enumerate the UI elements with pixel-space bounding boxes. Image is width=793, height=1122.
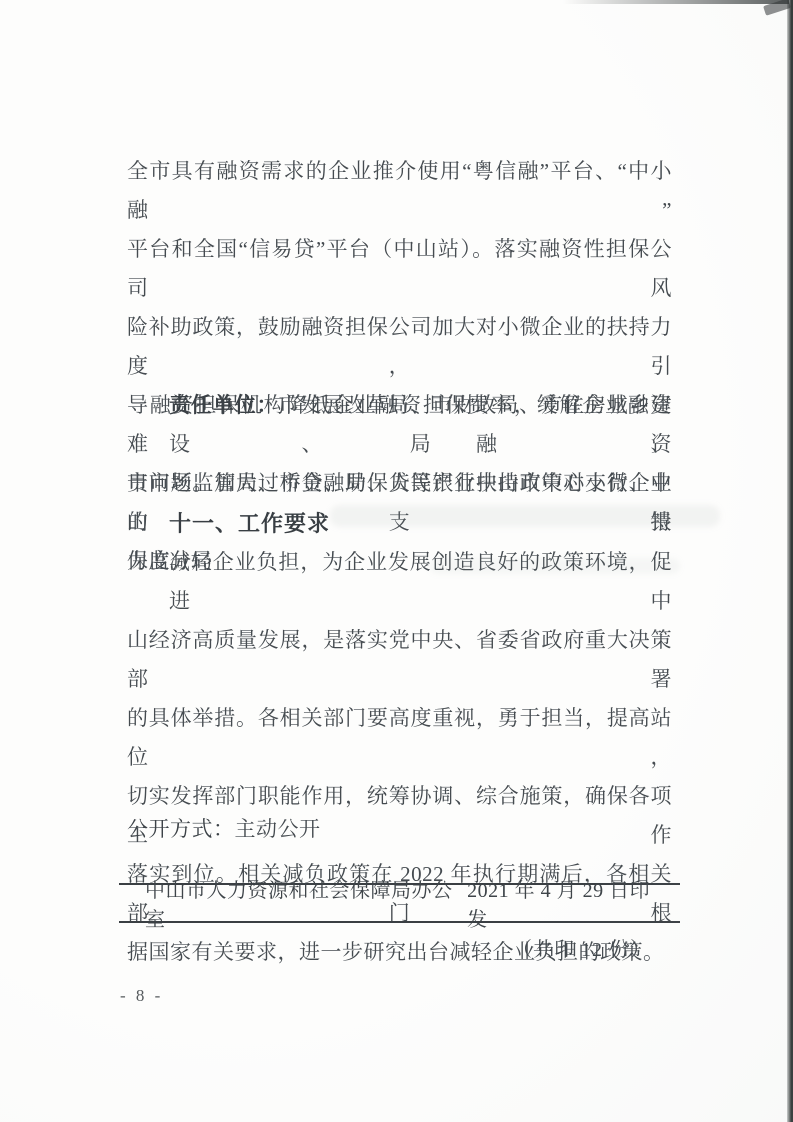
document-page: 全市具有融资需求的企业推介使用“粤信融”平台、“中小融” 平台和全国“信易贷”平… — [0, 0, 793, 1122]
text-line: 减轻企业负担，为企业发展创造良好的政策环境，促进中 — [127, 543, 672, 621]
text-line: 责任单位：市发展改革局、市财政局、市住房城乡建设局、 — [127, 386, 672, 464]
text-line: 山经济高质量发展，是落实党中央、省委省政府重大决策部署 — [127, 621, 672, 699]
text-line: 的具体举措。各相关部门要高度重视，勇于担当，提高站位， — [127, 699, 672, 777]
responsible-units-label: 责任单位： — [169, 393, 278, 417]
disclosure-method-value: 主动公开 — [235, 817, 321, 841]
disclosure-method-label: 公开方式： — [127, 818, 235, 841]
print-copies-note: （共印 12 份） — [119, 933, 651, 962]
footer-imprint-row: 中山市人力资源和社会保障局办公室 2021 年 4 月 29 日印发 — [119, 886, 680, 920]
scan-edge-artifact — [787, 0, 793, 1122]
footer-rule-bottom — [119, 921, 680, 923]
text-line: 全市具有融资需求的企业推介使用“粤信融”平台、“中小融” — [127, 152, 672, 230]
scan-smudge-artifact — [563, 0, 789, 4]
scan-haze-artifact — [430, 558, 680, 574]
text-line: 险补助政策，鼓励融资担保公司加大对小微企业的扶持力度，引 — [127, 308, 672, 386]
issuing-office: 中山市人力资源和社会保障局办公室 — [145, 874, 467, 932]
text-line: 平台和全国“信易贷”平台（中山站）。落实融资性担保公司风 — [127, 230, 672, 308]
print-date: 2021 年 4 月 29 日印发 — [467, 874, 667, 932]
disclosure-method-row: 公开方式：主动公开 — [127, 810, 672, 849]
scan-haze-artifact — [330, 505, 720, 527]
page-number: - 8 - — [120, 986, 163, 1006]
